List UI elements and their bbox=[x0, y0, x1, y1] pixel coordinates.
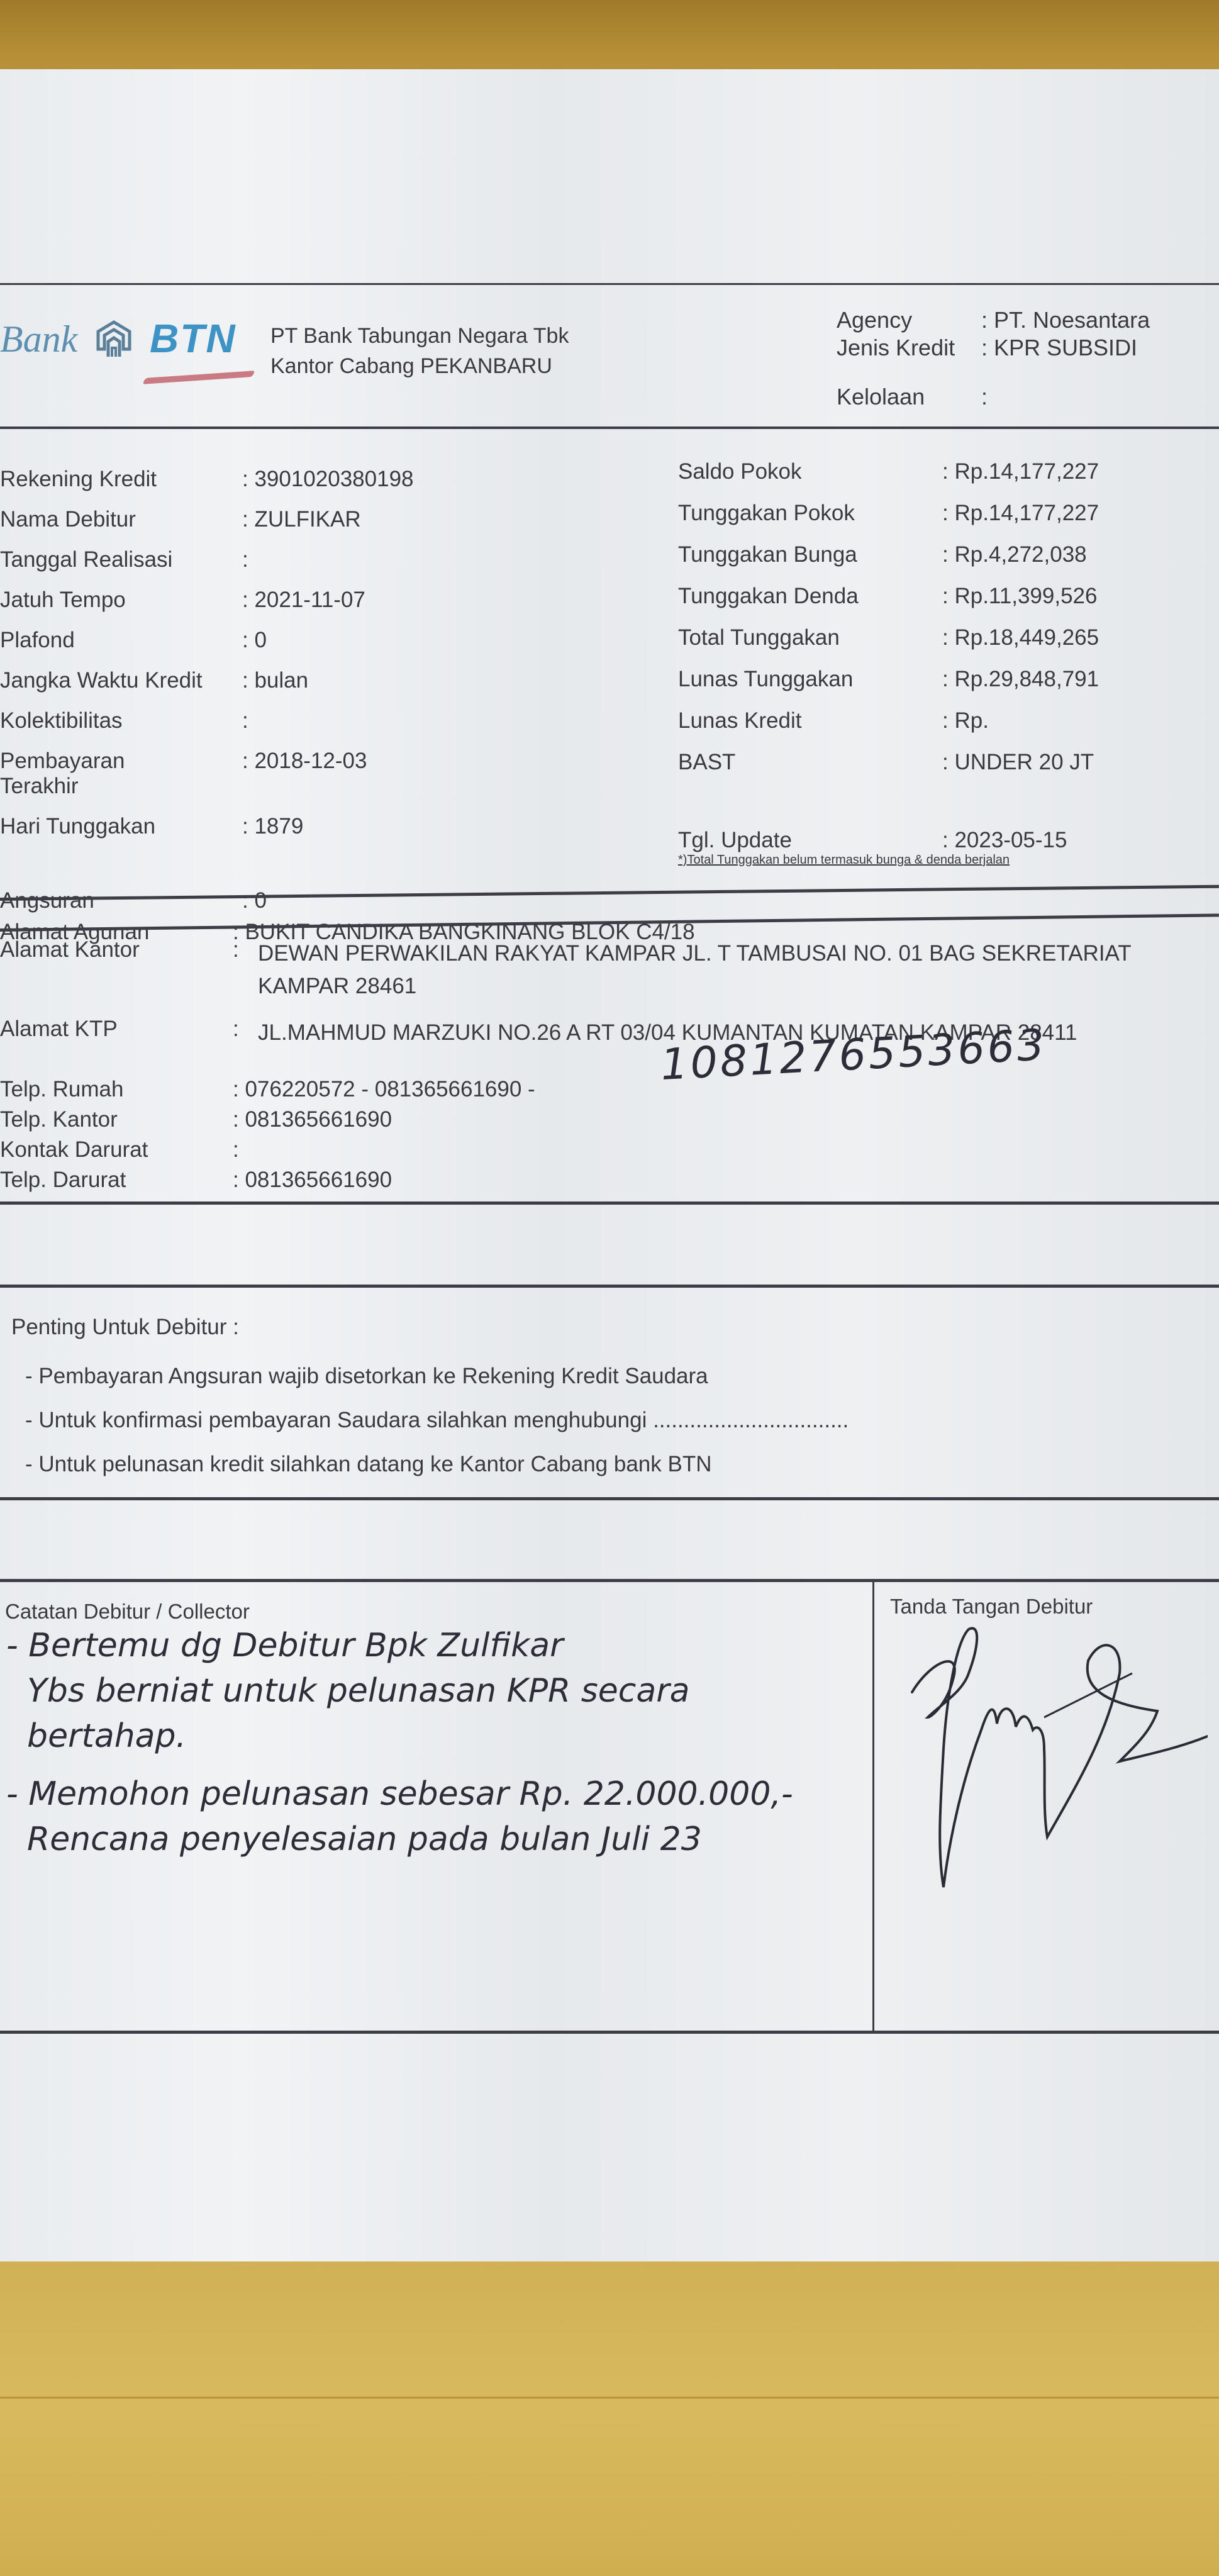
notes-title: Catatan Debitur / Collector bbox=[5, 1600, 250, 1624]
notice-item: - Untuk konfirmasi pembayaran Saudara si… bbox=[25, 1408, 849, 1452]
table-surface-bottom bbox=[0, 2246, 1219, 2576]
field-tunggakan-bunga: Tunggakan Bunga: Rp.4,272,038 bbox=[678, 542, 1099, 584]
field-lunas-kredit: Lunas Kredit: Rp. bbox=[678, 708, 1099, 750]
signature-title: Tanda Tangan Debitur bbox=[890, 1595, 1093, 1619]
notice-top-rule bbox=[0, 1285, 1219, 1288]
field-pembayaran-terakhir: Pembayaran Terakhir: 2018-12-03 bbox=[0, 749, 414, 814]
footnote: *)Total Tunggakan belum termasuk bunga &… bbox=[678, 853, 1099, 867]
field-lunas-tunggakan: Lunas Tunggakan: Rp.29,848,791 bbox=[678, 667, 1099, 708]
field-bast: BAST: UNDER 20 JT bbox=[678, 750, 1099, 828]
note-line: - Memohon pelunasan sebesar Rp. 22.000.0… bbox=[6, 1771, 849, 1817]
branch-name: Kantor Cabang PEKANBARU bbox=[270, 351, 569, 381]
field-jatuh-tempo: Jatuh Tempo: 2021-11-07 bbox=[0, 588, 414, 628]
meta-kelolaan: Kelolaan : bbox=[837, 384, 1150, 427]
contact-bottom-rule bbox=[0, 1202, 1219, 1205]
field-hari-tunggakan: Hari Tunggakan: 1879 bbox=[0, 814, 414, 854]
field-telp-darurat: Telp. Darurat: 081365661690 bbox=[0, 1168, 535, 1198]
field-telp-kantor: Telp. Kantor: 081365661690 bbox=[0, 1107, 535, 1137]
loan-details-right: Saldo Pokok: Rp.14,177,227 Tunggakan Pok… bbox=[678, 459, 1099, 867]
field-tunggakan-denda: Tunggakan Denda: Rp.11,399,526 bbox=[678, 584, 1099, 625]
note-line: Rencana penyelesaian pada bulan Juli 23 bbox=[6, 1817, 849, 1862]
field-angsuran: Angsuran: 0 bbox=[0, 888, 267, 913]
company-name: PT Bank Tabungan Negara Tbk bbox=[270, 321, 569, 351]
field-tanggal-realisasi: Tanggal Realisasi: bbox=[0, 547, 414, 588]
field-rekening-kredit: Rekening Kredit: 3901020380198 bbox=[0, 467, 414, 507]
loan-details-left: Rekening Kredit: 3901020380198 Nama Debi… bbox=[0, 467, 414, 854]
header-top-rule bbox=[0, 283, 1219, 285]
notice-bottom-rule bbox=[0, 1497, 1219, 1500]
notes-top-rule bbox=[0, 1579, 1219, 1582]
logo-brand: BTN bbox=[150, 315, 237, 362]
collector-notes: - Bertemu dg Debitur Bpk Zulfikar Ybs be… bbox=[6, 1623, 849, 1862]
field-tunggakan-pokok: Tunggakan Pokok: Rp.14,177,227 bbox=[678, 501, 1099, 542]
header-bottom-rule bbox=[0, 427, 1219, 429]
contact-block: Telp. Rumah: 076220572 - 081365661690 - … bbox=[0, 1077, 535, 1198]
notice-item: - Untuk pelunasan kredit silahkan datang… bbox=[25, 1452, 849, 1496]
note-line: bertahap. bbox=[6, 1714, 849, 1759]
note-line: Ybs berniat untuk pelunasan KPR secara bbox=[6, 1668, 849, 1714]
field-saldo-pokok: Saldo Pokok: Rp.14,177,227 bbox=[678, 459, 1099, 501]
notice-item: - Pembayaran Angsuran wajib disetorkan k… bbox=[25, 1364, 849, 1408]
field-jangka-waktu: Jangka Waktu Kredit: bulan bbox=[0, 668, 414, 708]
logo-prefix: Bank bbox=[0, 318, 77, 361]
meta-jenis-kredit: Jenis Kredit : KPR SUBSIDI bbox=[837, 335, 1150, 377]
notes-signature-divider bbox=[872, 1580, 874, 2032]
field-plafond: Plafond: 0 bbox=[0, 628, 414, 668]
logo-swoosh bbox=[142, 371, 255, 384]
organization-block: PT Bank Tabungan Negara Tbk Kantor Caban… bbox=[270, 321, 569, 381]
debtor-notice: Penting Untuk Debitur : - Pembayaran Ang… bbox=[11, 1315, 849, 1496]
field-kolektibilitas: Kolektibilitas: bbox=[0, 708, 414, 749]
debtor-signature bbox=[893, 1623, 1208, 1912]
field-kontak-darurat: Kontak Darurat: bbox=[0, 1137, 535, 1168]
note-line: - Bertemu dg Debitur Bpk Zulfikar bbox=[6, 1623, 849, 1668]
field-total-tunggakan: Total Tunggakan: Rp.18,449,265 bbox=[678, 625, 1099, 667]
collection-form: Bank BTN PT Bank Tabungan Negara Tbk Kan… bbox=[0, 69, 1219, 2261]
field-nama-debitur: Nama Debitur: ZULFIKAR bbox=[0, 507, 414, 547]
notes-bottom-rule bbox=[0, 2031, 1219, 2034]
account-meta: Agency : PT. Noesantara Jenis Kredit : K… bbox=[837, 307, 1150, 427]
house-icon bbox=[96, 320, 132, 359]
notice-title: Penting Untuk Debitur : bbox=[11, 1315, 849, 1340]
field-alamat-kantor: Alamat Kantor : DEWAN PERWAKILAN RAKYAT … bbox=[0, 937, 1164, 1003]
field-telp-rumah: Telp. Rumah: 076220572 - 081365661690 - bbox=[0, 1077, 535, 1107]
